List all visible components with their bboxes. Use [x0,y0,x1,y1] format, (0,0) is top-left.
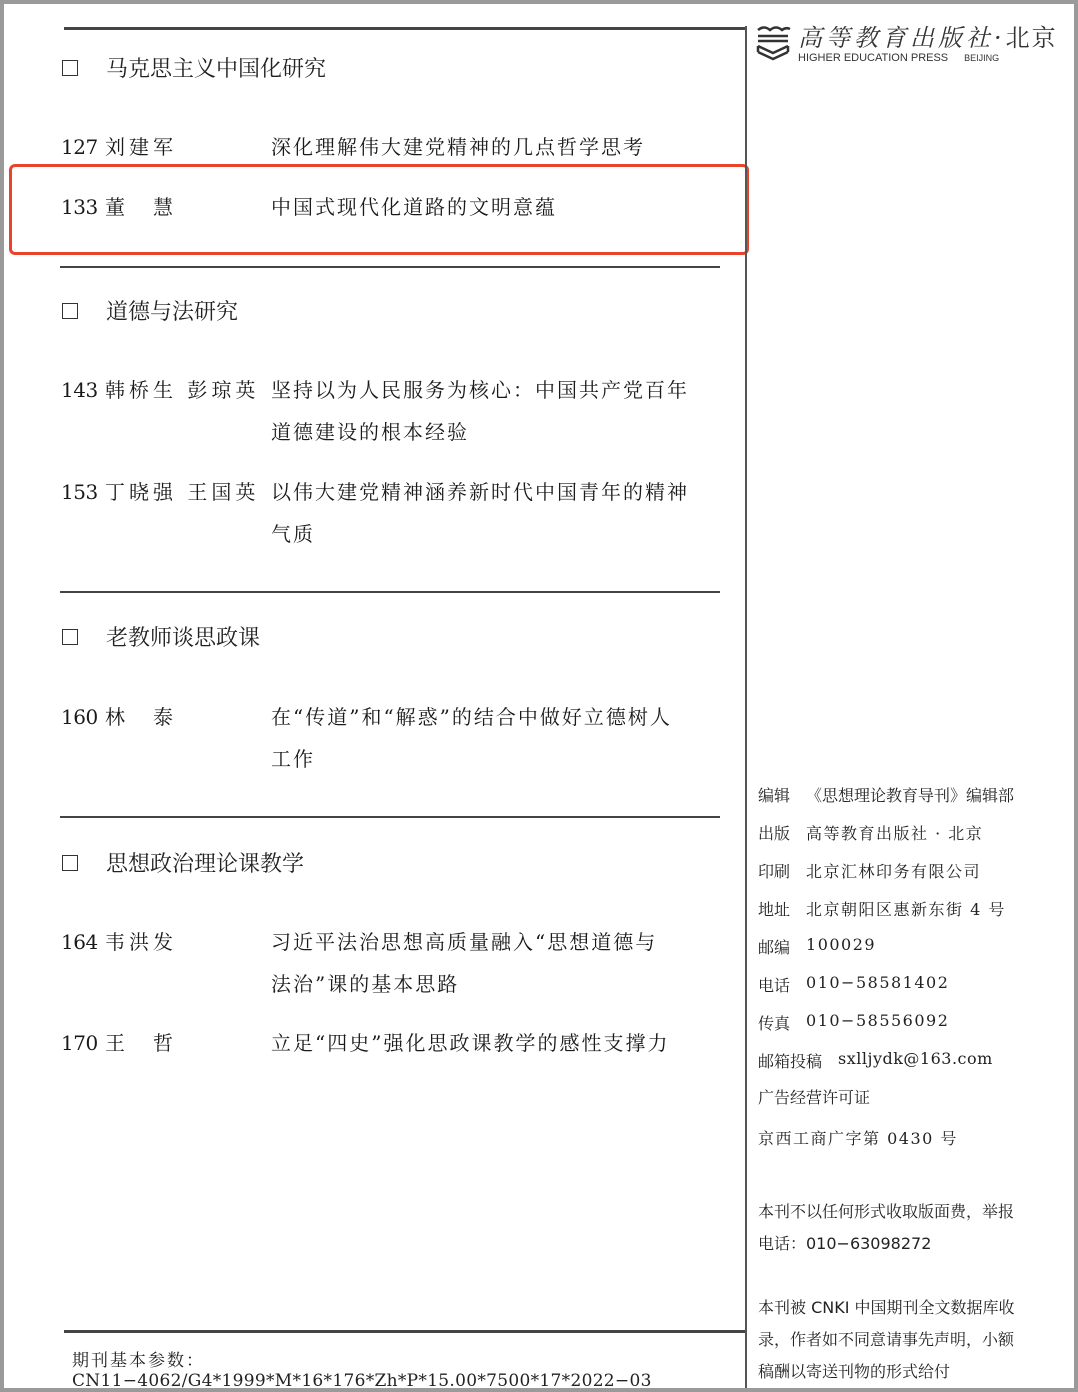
info-postcode: 邮编100029 [758,935,876,958]
cnki-notice: 本刊被 CNKI 中国期刊全文数据库收录，作者如不同意请事先声明，小额稿酬以寄送… [758,1292,1028,1388]
section-divider [60,816,720,818]
info-email[interactable]: 邮箱投稿sxlljydk@163.com [758,1049,993,1072]
author: 王 哲 [105,1022,271,1064]
author: 丁晓强 王国英 [105,471,271,513]
toc-entry[interactable]: 127 刘建军 深化理解伟大建党精神的几点哲学思考 [61,126,701,168]
publisher-city-en: BEIJING [964,52,999,64]
logo-separator: · [994,24,1006,52]
fee-notice: 本刊不以任何形式收取版面费，举报电话：010−63098272 [758,1196,1028,1260]
toc-entry[interactable]: 153 丁晓强 王国英 以伟大建党精神涵养新时代中国青年的精神气质 [61,471,701,555]
square-bullet-icon [62,303,78,319]
square-bullet-icon [62,629,78,645]
publisher-logo: 高等教育出版社·北京 HIGHER EDUCATION PRESSBEIJING [754,24,1058,64]
square-bullet-icon [62,855,78,871]
info-printer: 印刷北京汇林印务有限公司 [758,859,981,882]
page-number: 164 [61,921,105,963]
info-fax: 传真010−58556092 [758,1011,949,1034]
section-heading: 马克思主义中国化研究 [62,52,326,83]
toc-entry[interactable]: 170 王 哲 立足“四史”强化思政课教学的感性支撑力 [61,1022,701,1064]
bottom-rule [64,1330,746,1333]
section-heading: 思想政治理论课教学 [62,847,304,878]
page-number: 127 [61,126,105,168]
top-rule [64,27,746,30]
info-publisher: 出版高等教育出版社 · 北京 [758,821,983,844]
parameters-label: 期刊基本参数： [72,1351,205,1371]
info-ad-license-value: 京西工商广字第 0430 号 [758,1126,958,1149]
section-title: 马克思主义中国化研究 [106,52,326,83]
page-number: 170 [61,1022,105,1064]
section-heading: 老教师谈思政课 [62,621,260,652]
page-number: 153 [61,471,105,513]
article-title: 在“传道”和“解惑”的结合中做好立德树人工作 [271,696,701,780]
table-of-contents: 马克思主义中国化研究 127 刘建军 深化理解伟大建党精神的几点哲学思考 133… [4,4,746,1388]
article-title: 深化理解伟大建党精神的几点哲学思考 [271,126,701,168]
parameters-value: CN11−4062/G4*1999*M*16*176*Zh*P*15.00*75… [72,1371,652,1388]
section-divider [60,266,720,268]
toc-entry[interactable]: 164 韦洪发 习近平法治思想高质量融入“思想道德与法治”课的基本思路 [61,921,701,1005]
journal-parameters: 期刊基本参数：CN11−4062/G4*1999*M*16*176*Zh*P*1… [72,1346,746,1388]
square-bullet-icon [62,60,78,76]
info-editor: 编辑《思想理论教育导刊》编辑部 [758,783,1014,806]
article-title: 坚持以为人民服务为核心：中国共产党百年道德建设的根本经验 [271,369,701,453]
info-ad-license-label: 广告经营许可证 [758,1085,886,1108]
page-number: 143 [61,369,105,411]
author: 刘建军 [105,126,271,168]
section-title: 道德与法研究 [106,295,238,326]
article-title: 习近平法治思想高质量融入“思想道德与法治”课的基本思路 [271,921,701,1005]
author: 韩桥生 彭琼英 [105,369,271,411]
journal-page: 马克思主义中国化研究 127 刘建军 深化理解伟大建党精神的几点哲学思考 133… [4,4,1074,1388]
section-divider [60,591,720,593]
section-heading: 道德与法研究 [62,295,238,326]
publisher-name-en: HIGHER EDUCATION PRESS [798,52,948,64]
book-stack-logo-icon [754,24,792,64]
section-title: 老教师谈思政课 [106,621,260,652]
section-title: 思想政治理论课教学 [106,847,304,878]
publisher-name-cn: 高等教育出版社 [798,24,994,52]
toc-entry[interactable]: 160 林 泰 在“传道”和“解惑”的结合中做好立德树人工作 [61,696,701,780]
column-divider [745,26,747,1388]
author: 林 泰 [105,696,271,738]
highlight-box [9,164,749,255]
info-phone: 电话010−58581402 [758,973,949,996]
publisher-city-cn: 北京 [1006,24,1058,52]
info-address: 地址北京朝阳区惠新东街 4 号 [758,897,1006,920]
article-title: 立足“四史”强化思政课教学的感性支撑力 [271,1022,701,1064]
article-title: 以伟大建党精神涵养新时代中国青年的精神气质 [271,471,701,555]
page-number: 160 [61,696,105,738]
toc-entry[interactable]: 143 韩桥生 彭琼英 坚持以为人民服务为核心：中国共产党百年道德建设的根本经验 [61,369,701,453]
author: 韦洪发 [105,921,271,963]
